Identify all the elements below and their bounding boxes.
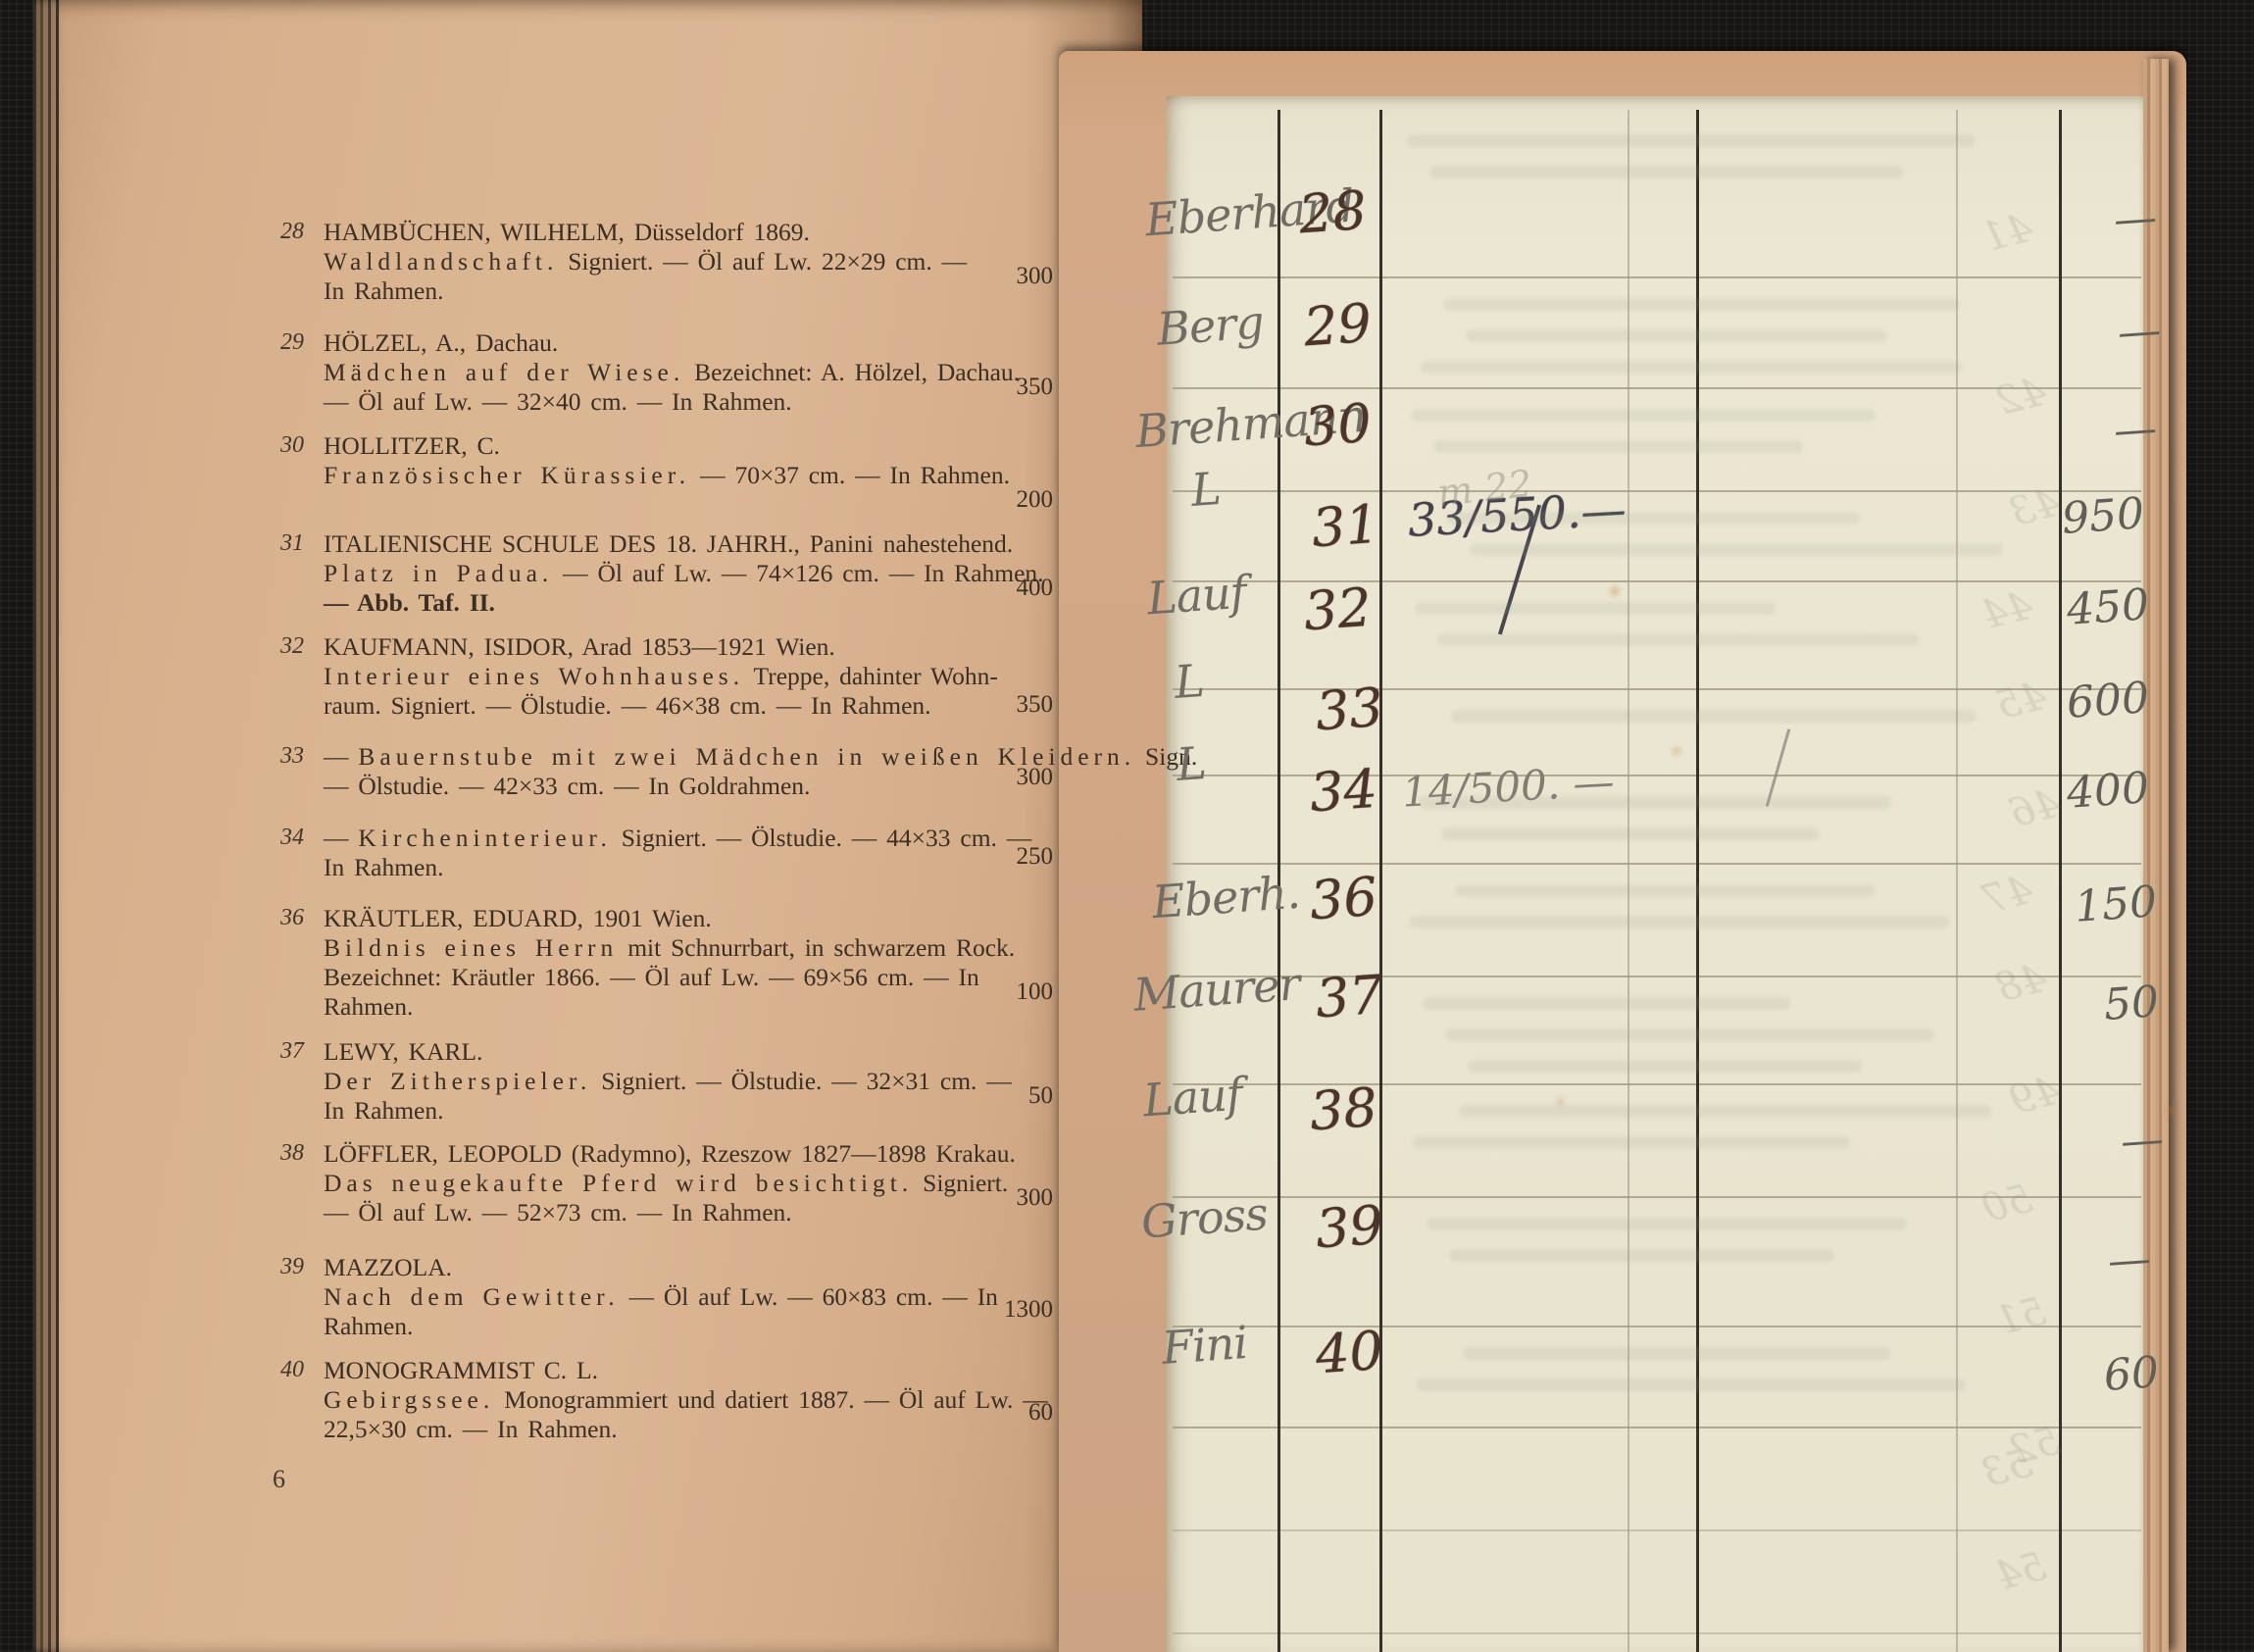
foxing-spot (1673, 747, 1680, 755)
buyer-name: Berg (1155, 295, 1265, 355)
entry-lot-number: 30 (253, 432, 304, 459)
ghost-text-line (1417, 1378, 1966, 1391)
page-edge (2143, 59, 2169, 1652)
hammer-price: — (2039, 1233, 2152, 1291)
hammer-price: 50 (2047, 976, 2160, 1034)
entry-artist-header: HOLLITZER, C. (324, 431, 1057, 461)
entry-lot-number: 32 (253, 633, 304, 660)
lot-number: 31 (1310, 493, 1381, 560)
entry-body-line: Rahmen. (324, 1312, 1057, 1341)
entry-artist-header: HAMBÜCHEN, WILHELM, Düsseldorf 1869. (324, 218, 1057, 247)
entry-limit-price: 60 (1028, 1399, 1053, 1427)
entry-title-spaced: Der Zitherspieler. (324, 1067, 591, 1095)
entry-title-rest: mit Schnurrbart, in schwarzem Rock. (618, 933, 1015, 962)
lot-number: 40 (1314, 1320, 1385, 1386)
catalog-entry: 38LÖFFLER, LEOPOLD (Radymno), Rzeszow 18… (324, 1139, 1057, 1227)
lot-number: 29 (1302, 292, 1374, 359)
entry-title-line: Nach dem Gewitter. — Öl auf Lw. — 60×83 … (324, 1282, 1057, 1312)
ghost-text-line (1459, 1105, 1991, 1118)
lot-number: 36 (1308, 866, 1379, 932)
hammer-price: — (2045, 192, 2158, 250)
buyer-name: L (1189, 462, 1222, 517)
entry-title-rest: Signiert. — Ölstudie. — 32×31 cm. — (591, 1067, 1011, 1095)
hammer-price: — (2052, 1114, 2165, 1172)
hammer-price: 150 (2045, 876, 2158, 934)
ghost-text-line (1443, 298, 1960, 311)
buyer-name: Gross (1139, 1187, 1269, 1249)
ghost-text-line (1413, 1136, 1850, 1149)
entry-title-pre: — (324, 824, 358, 852)
ghost-text-line (1463, 1347, 1891, 1360)
entry-artist-header: LÖFFLER, LEOPOLD (Radymno), Rzeszow 1827… (324, 1139, 1057, 1169)
lot-number: 33 (1314, 676, 1385, 743)
entry-title-line: Platz in Padua. — Öl auf Lw. — 74×126 cm… (324, 559, 1057, 588)
entry-lot-number: 33 (253, 743, 304, 770)
catalog-entry: 30HOLLITZER, C.Französischer Kürassier. … (324, 431, 1057, 490)
ghost-text-line (1445, 1028, 1934, 1041)
catalog-entry: 37LEWY, KARL.Der Zitherspieler. Signiert… (324, 1037, 1057, 1126)
entry-title-spaced: Kircheninterieur. (358, 824, 611, 852)
entry-title-rest: — 70×37 cm. — In Rahmen. (690, 461, 1010, 489)
entry-body-line: — Öl auf Lw. — 52×73 cm. — In Rahmen. (324, 1198, 1057, 1227)
ghost-text-line (1455, 884, 1876, 897)
entry-limit-price: 300 (1017, 764, 1054, 791)
entry-artist-header: MAZZOLA. (324, 1253, 1057, 1282)
entry-body-line: 22,5×30 cm. — In Rahmen. (324, 1415, 1057, 1444)
entry-lot-number: 34 (253, 825, 304, 851)
ghost-text-line (1451, 710, 1976, 723)
entry-title-spaced: Nach dem Gewitter. (324, 1282, 620, 1311)
ghost-text-line (1415, 602, 1776, 615)
entry-body-line: In Rahmen. (324, 853, 1057, 882)
ghost-text-line (1409, 916, 1950, 928)
entry-body-line: — Ölstudie. — 42×33 cm. — In Goldrahmen. (324, 772, 1057, 801)
entry-artist-header: KAUFMANN, ISIDOR, Arad 1853—1921 Wien. (324, 632, 1057, 662)
entry-title-spaced: Französischer Kürassier. (324, 461, 690, 489)
hammer-price: 60 (2047, 1347, 2160, 1405)
entry-limit-price: 400 (1017, 575, 1054, 602)
entry-title-rest: — Öl auf Lw. — 60×83 cm. — In (620, 1282, 998, 1311)
lot-number: 30 (1302, 392, 1374, 459)
buyer-name: Lauf (1145, 566, 1247, 626)
catalog-entry: 33— Bauernstube mit zwei Mädchen in weiß… (324, 742, 1057, 801)
entry-lot-number: 29 (253, 329, 304, 356)
ledger-vline (1379, 110, 1382, 1652)
entry-title-spaced: Platz in Padua. (324, 559, 553, 587)
entry-body-line: Bezeichnet: Kräutler 1866. — Öl auf Lw. … (324, 963, 1057, 992)
entry-body-line: raum. Signiert. — Ölstudie. — 46×38 cm. … (324, 691, 1057, 721)
entry-lot-number: 28 (253, 219, 304, 245)
entry-body-line: In Rahmen. (324, 276, 1057, 306)
buyer-name: L (1173, 654, 1205, 709)
entry-title-spaced: Das neugekaufte Pferd wird besichtigt. (324, 1169, 913, 1197)
entry-body-line: — Öl auf Lw. — 32×40 cm. — In Rahmen. (324, 387, 1057, 417)
ghost-text-line (1427, 1218, 1907, 1230)
entry-limit-price: 250 (1017, 843, 1054, 871)
catalog-entry: 34— Kircheninterieur. Signiert. — Ölstud… (324, 824, 1057, 882)
catalog-entry: 29HÖLZEL, A., Dachau.Mädchen auf der Wie… (324, 328, 1057, 417)
ghost-text-line (1419, 796, 1891, 809)
ghost-text-line (1468, 1060, 1862, 1073)
entry-title-line: Das neugekaufte Pferd wird besichtigt. S… (324, 1169, 1057, 1198)
entry-title-pre: — (324, 742, 358, 771)
foxing-spot (1610, 586, 1620, 596)
buyer-name: Fini (1160, 1316, 1249, 1375)
entry-title-line: — Bauernstube mit zwei Mädchen in weißen… (324, 742, 1057, 772)
foxing-spot (2167, 1106, 2176, 1115)
buyer-name: Lauf (1141, 1068, 1243, 1127)
entry-lot-number: 36 (253, 905, 304, 931)
ghost-text-line (1407, 134, 1976, 147)
entry-title-line: Interieur eines Wohnhauses. Treppe, dahi… (324, 662, 1057, 691)
ghost-text-line (1466, 329, 1887, 342)
catalog-entry: 32KAUFMANN, ISIDOR, Arad 1853—1921 Wien.… (324, 632, 1057, 721)
entry-title-rest: — Öl auf Lw. — 74×126 cm. — In Rahmen. (553, 559, 1043, 587)
ledger-hline (1173, 1427, 2141, 1428)
hammer-price: 450 (2037, 579, 2150, 637)
ghost-text-line (1433, 440, 1803, 453)
entry-title-rest: Signiert. (913, 1169, 1008, 1197)
ghost-text-line (1420, 361, 1962, 374)
page-number: 6 (273, 1465, 285, 1494)
ledger-hline (1173, 276, 2141, 278)
catalog-entry: 39MAZZOLA.Nach dem Gewitter. — Öl auf Lw… (324, 1253, 1057, 1341)
hammer-price: — (2045, 403, 2158, 461)
ledger-vline (1956, 110, 1958, 1652)
entry-limit-price: 350 (1017, 374, 1054, 401)
entry-title-rest: Treppe, dahinter Wohn- (744, 662, 998, 690)
foxing-spot (1557, 1098, 1564, 1105)
lot-number: 28 (1297, 179, 1369, 246)
catalog-entry: 31ITALIENISCHE SCHULE DES 18. JAHRH., Pa… (324, 529, 1057, 618)
entry-limit-price: 1300 (1004, 1296, 1053, 1324)
buyer-name: L (1175, 736, 1207, 791)
entry-artist-header: KRÄUTLER, EDUARD, 1901 Wien. (324, 904, 1057, 933)
entry-artist-header: HÖLZEL, A., Dachau. (324, 328, 1057, 358)
ghost-text-line (1447, 512, 1860, 525)
entry-title-spaced: Interieur eines Wohnhauses. (324, 662, 744, 690)
entry-limit-price: 300 (1017, 263, 1054, 290)
ghost-text-line (1437, 633, 1919, 646)
entry-title-line: Waldlandschaft. Signiert. — Öl auf Lw. 2… (324, 247, 1057, 276)
entry-lot-number: 37 (253, 1038, 304, 1065)
entry-limit-price: 50 (1028, 1082, 1053, 1110)
entry-limit-price: 350 (1017, 691, 1054, 719)
hammer-price: 600 (2037, 673, 2150, 730)
entry-lot-number: 40 (253, 1357, 304, 1383)
entry-limit-price: 300 (1017, 1184, 1054, 1212)
entry-title-rest: Signiert. — Öl auf Lw. 22×29 cm. — (558, 247, 967, 275)
catalog-entry: 28HAMBÜCHEN, WILHELM, Düsseldorf 1869.Wa… (324, 218, 1057, 306)
entry-title-spaced: Bildnis eines Herrn (324, 933, 618, 962)
entry-title-rest: Bezeichnet: A. Hölzel, Dachau. (684, 358, 1020, 386)
entry-title-spaced: Gebirgssee. (324, 1385, 494, 1414)
catalog-entry: 40MONOGRAMMIST C. L.Gebirgssee. Monogram… (324, 1356, 1057, 1444)
entry-title-spaced: Mädchen auf der Wiese. (324, 358, 684, 386)
lot-number: 38 (1308, 1076, 1379, 1143)
entry-title-rest: Signiert. — Ölstudie. — 44×33 cm. — (612, 824, 1031, 852)
lot-number: 34 (1308, 758, 1379, 825)
entry-limit-price: 200 (1017, 486, 1054, 514)
ledger-hline (1173, 863, 2141, 865)
entry-body-line: In Rahmen. (324, 1096, 1057, 1126)
ledger-hline (1173, 1632, 2141, 1634)
entry-title-line: Gebirgssee. Monogrammiert und datiert 18… (324, 1385, 1057, 1415)
entry-title-spaced: Waldlandschaft. (324, 247, 558, 275)
ledger-hline (1173, 490, 2141, 492)
entry-title-rest: Monogrammiert und datiert 1887. — Öl auf… (494, 1385, 1048, 1414)
ghost-text-line (1411, 409, 1876, 422)
entry-title-line: Mädchen auf der Wiese. Bezeichnet: A. Hö… (324, 358, 1057, 387)
entry-artist-header: MONOGRAMMIST C. L. (324, 1356, 1057, 1385)
buyer-name: Eberh. (1150, 866, 1301, 928)
ghost-text-line (1449, 1249, 1834, 1262)
entry-body-line: — Abb. Taf. II. (324, 588, 1057, 618)
catalog-entry: 36KRÄUTLER, EDUARD, 1901 Wien.Bildnis ei… (324, 904, 1057, 1022)
entry-lot-number: 38 (253, 1140, 304, 1167)
hammer-price: — (2049, 305, 2162, 363)
entry-title-line: Französischer Kürassier. — 70×37 cm. — I… (324, 461, 1057, 490)
ghost-text-line (1470, 543, 2003, 556)
ghost-text-line (1423, 997, 1791, 1010)
entry-lot-number: 31 (253, 530, 304, 557)
entry-limit-price: 100 (1017, 978, 1054, 1006)
entry-title-line: Der Zitherspieler. Signiert. — Ölstudie.… (324, 1067, 1057, 1096)
lot-number: 39 (1314, 1194, 1385, 1261)
entry-artist-header: LEWY, KARL. (324, 1037, 1057, 1067)
ghost-text-line (1429, 166, 1903, 178)
lot-number: 32 (1302, 576, 1374, 643)
lot-number: 37 (1314, 964, 1385, 1030)
entry-body-line: Rahmen. (324, 992, 1057, 1022)
ledger-hline (1173, 1529, 2141, 1531)
entry-title-line: Bildnis eines Herrn mit Schnurrbart, in … (324, 933, 1057, 963)
entry-title-line: — Kircheninterieur. Signiert. — Ölstudie… (324, 824, 1057, 853)
ghost-text-line (1441, 827, 1819, 840)
entry-artist-header: ITALIENISCHE SCHULE DES 18. JAHRH., Pani… (324, 529, 1057, 559)
entry-lot-number: 39 (253, 1254, 304, 1280)
